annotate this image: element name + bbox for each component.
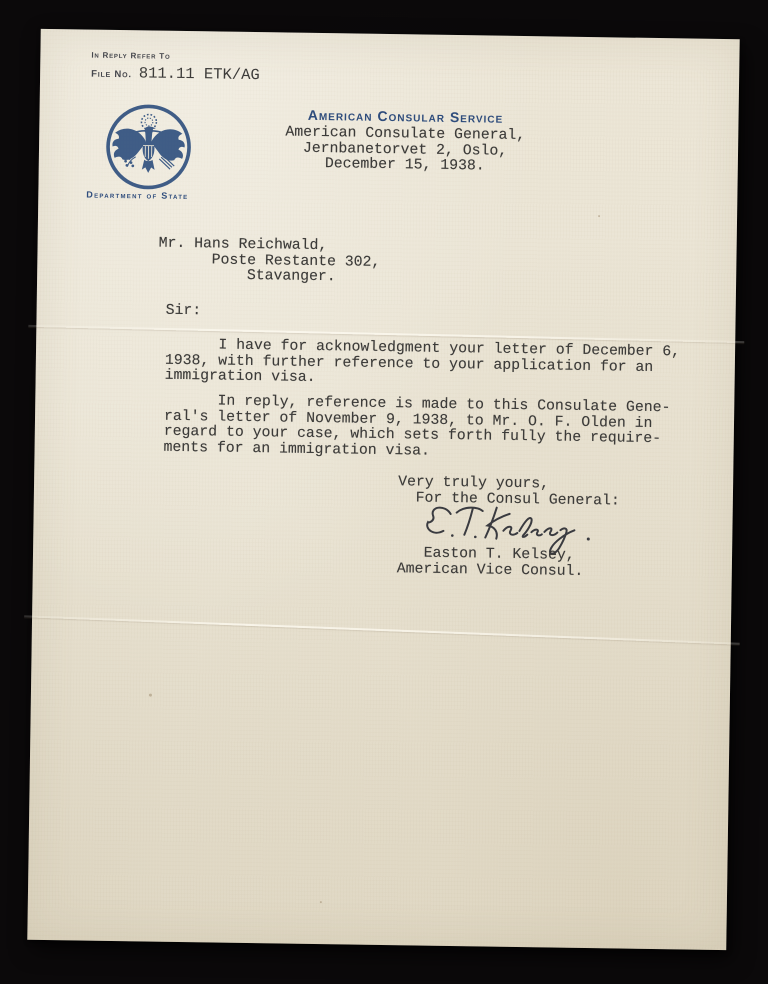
scanned-letter-page: { "page": { "background_color": "#0b090a… (0, 0, 768, 984)
fold-crease-lower (24, 615, 740, 644)
file-number-value: 811.11 ETK/AG (139, 64, 260, 84)
letter-paper: In Reply Refer To File No. 811.11 ETK/AG (27, 29, 739, 950)
reply-refer-label: In Reply Refer To (91, 51, 170, 61)
signer-name-block: Easton T. Kelsey, American Vice Consul. (397, 546, 584, 580)
recipient-address: Mr. Hans Reichwald, Poste Restante 302, … (158, 237, 381, 287)
office-address-and-date: American Consulate General, Jernbanetorv… (285, 126, 525, 176)
letterhead-center: American Consular Service American Consu… (285, 107, 526, 176)
paper-speck (320, 901, 322, 903)
salutation: Sir: (166, 304, 202, 320)
body-paragraph-2: In reply, reference is made to this Cons… (163, 394, 670, 464)
service-title: American Consular Service (286, 107, 526, 127)
department-of-state-label: Department of State (86, 190, 188, 202)
body-paragraph-1: I have for acknowledgment your letter of… (165, 338, 681, 392)
paper-speck (598, 215, 600, 217)
paper-speck (149, 694, 152, 697)
great-seal-icon (102, 101, 194, 193)
file-number-row: File No. 811.11 ETK/AG (91, 64, 260, 84)
department-seal (102, 101, 194, 193)
file-number-label: File No. (91, 69, 132, 81)
